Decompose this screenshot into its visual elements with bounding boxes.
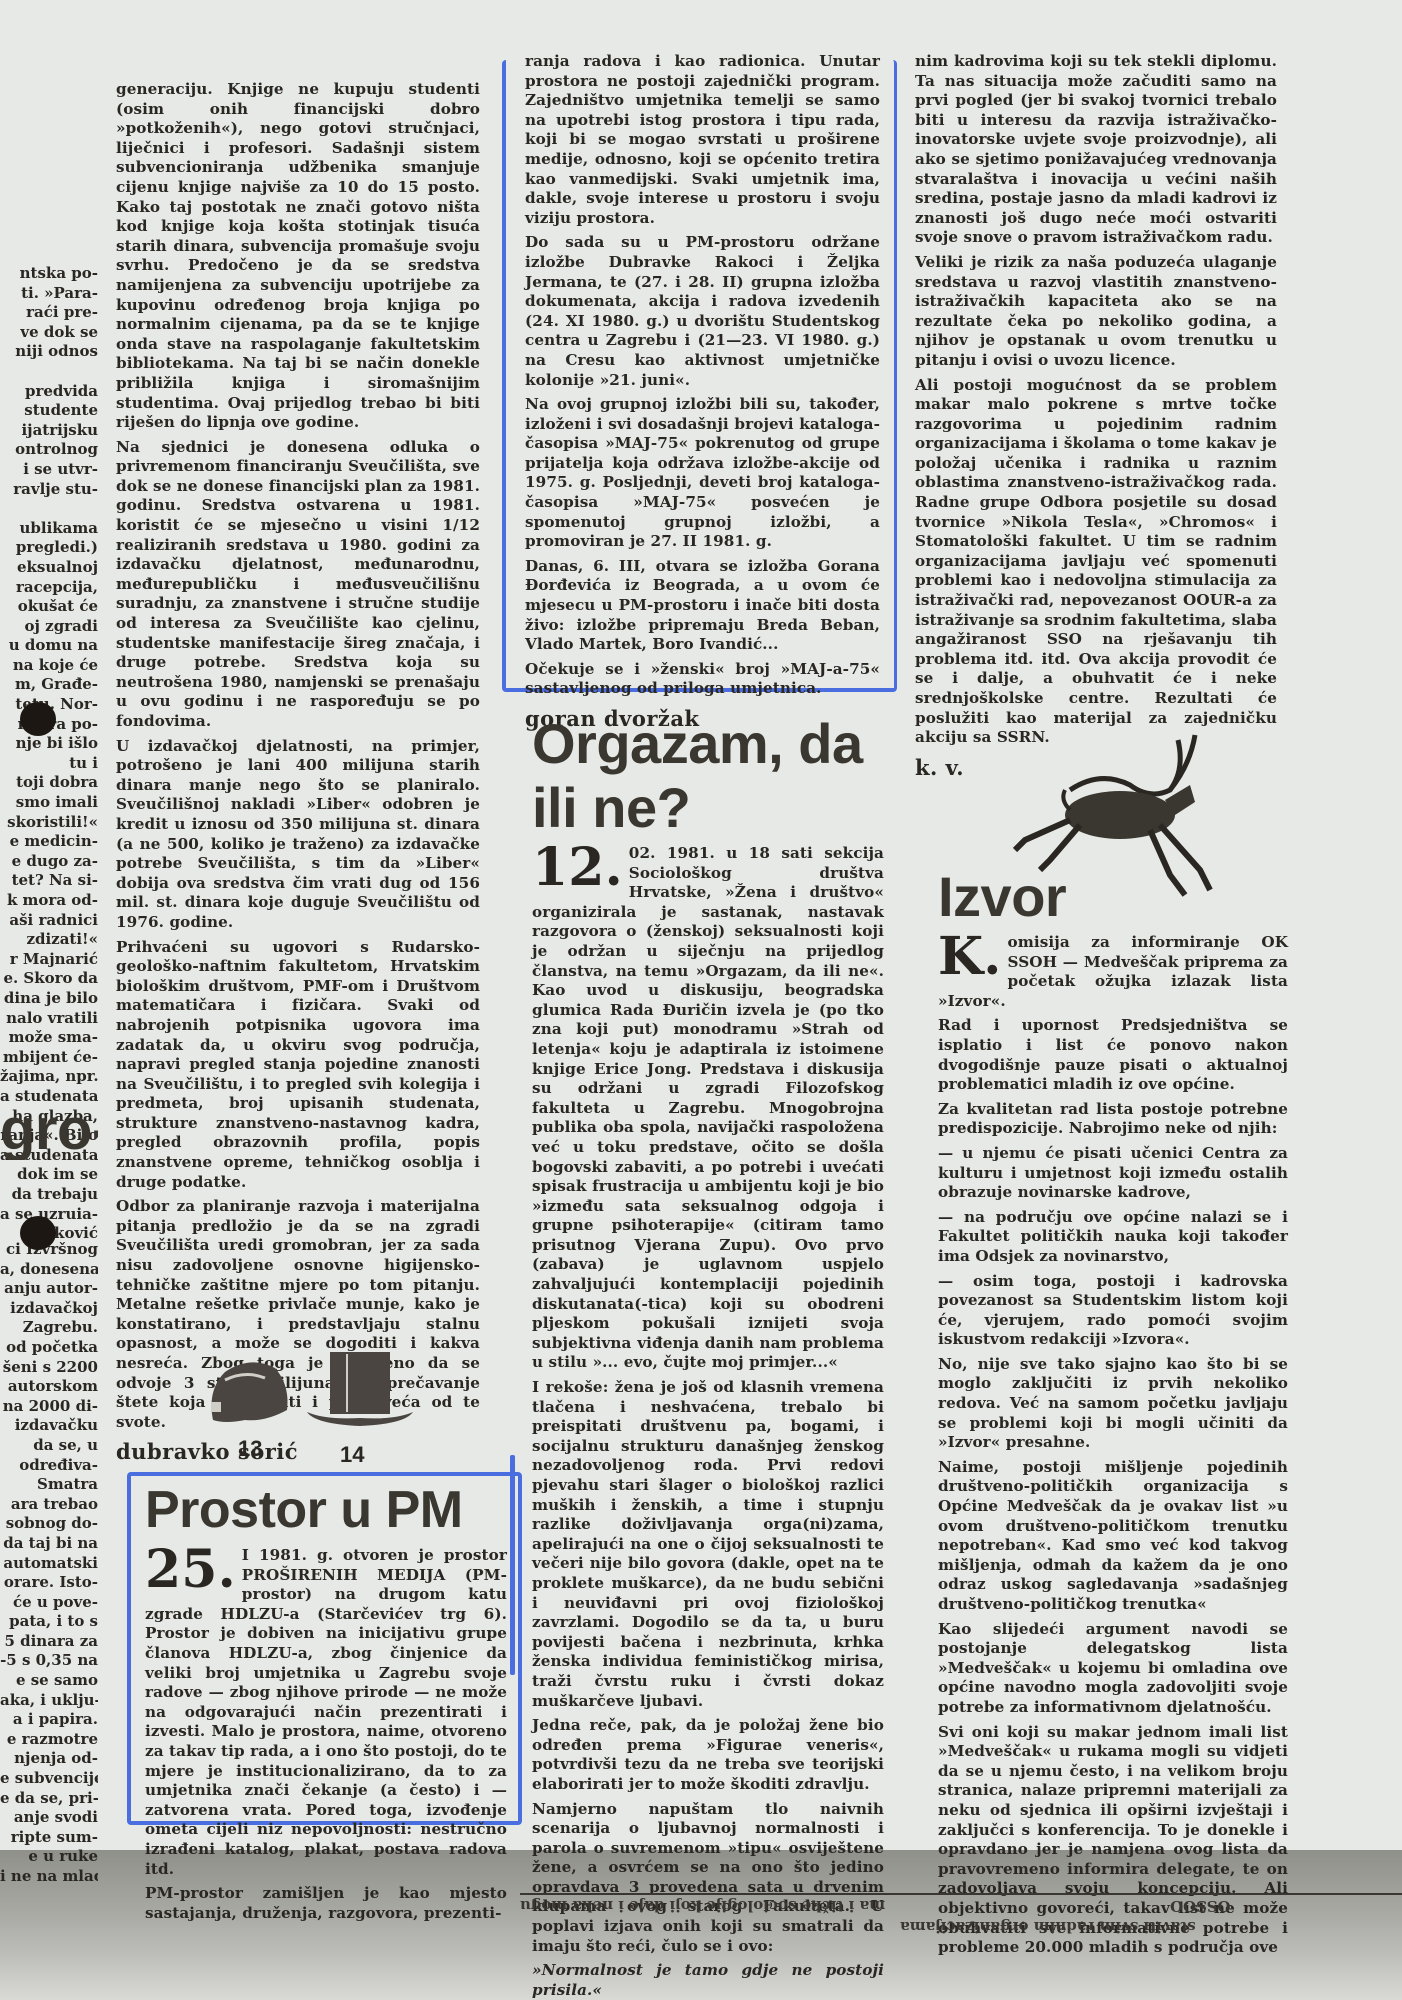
fragment-line: a, donesena bbox=[0, 1260, 98, 1280]
byline: dubravko sorić bbox=[116, 1442, 480, 1462]
fragment-line: ve dok se bbox=[0, 323, 98, 343]
fragment-line: autorskom bbox=[0, 1377, 98, 1397]
paragraph: Danas, 6. III, otvara se izložba Gorana … bbox=[525, 557, 880, 655]
paragraph: Na ovoj grupnoj izložbi bili su, također… bbox=[525, 395, 880, 552]
fragment-line: ravlje stu- bbox=[0, 480, 98, 500]
fragment-line: a i papira. bbox=[0, 1710, 98, 1730]
paragraph: Jedna reče, pak, da je položaj žene bio … bbox=[532, 1716, 884, 1794]
fragment-line: pregledi.) bbox=[0, 538, 98, 558]
fragment-line: ublikama bbox=[0, 519, 98, 539]
top-hat-illustration-icon bbox=[305, 1350, 415, 1430]
dropcap-date: 25. bbox=[145, 1548, 236, 1592]
cap-illustration-icon bbox=[205, 1350, 295, 1430]
paragraph: Do sada su u PM-prostoru održane izložbe… bbox=[525, 233, 880, 390]
fragment-line: izdavačkoj bbox=[0, 1299, 98, 1319]
paragraph: 02. 1981. u 18 sati sekcija Sociološkog … bbox=[532, 844, 884, 1371]
fragment-line: smo imali bbox=[0, 793, 98, 813]
upside-down-text: ma i tičke sociologije koji daje i neka … bbox=[520, 1897, 885, 1915]
paragraph: Ali postoji mogućnost da se problem maka… bbox=[915, 376, 1277, 748]
paragraph: Očekuje se i »ženski« broj »MAJ-a-75« sa… bbox=[525, 660, 880, 699]
paragraph: Kao slijedeći argument navodi se postoja… bbox=[938, 1620, 1288, 1718]
fragment-line: nje bi išlo bbox=[0, 734, 98, 754]
fragment-line: od početka bbox=[0, 1338, 98, 1358]
fragment-line: e subvencije bbox=[0, 1769, 98, 1789]
illustration-caption: 14 bbox=[340, 1442, 364, 1468]
fragment-line: raći pre- bbox=[0, 303, 98, 323]
fragment-line: nalo vratili bbox=[0, 1009, 98, 1029]
paragraph: I rekoše: žena je još od klasnih vremena… bbox=[532, 1378, 884, 1711]
left-fragment-column-bottom: ci Izvršnoga, donesenaanju autor-izdavač… bbox=[0, 1240, 98, 1887]
headline: Izvor bbox=[938, 865, 1288, 929]
list-item: — osim toga, postoji i kadrovska povezan… bbox=[938, 1272, 1288, 1350]
article-orgazam: Orgazam, da ili ne? 12.02. 1981. u 18 sa… bbox=[532, 712, 884, 2000]
fragment-line: određiva- bbox=[0, 1456, 98, 1476]
fragment-line: u domu na bbox=[0, 636, 98, 656]
fragment-line: -5 s 0,35 na bbox=[0, 1651, 98, 1671]
list-item: — na području ove općine nalazi se i Fak… bbox=[938, 1208, 1288, 1267]
fragment-line: niji odnos bbox=[0, 342, 98, 362]
punch-hole bbox=[20, 702, 56, 736]
fragment-line: r Majnarić bbox=[0, 950, 98, 970]
paragraph: U izdavačkoj djelatnosti, na primjer, po… bbox=[116, 737, 480, 933]
paragraph: generaciju. Knjige ne kupuju studenti (o… bbox=[116, 80, 480, 433]
fragment-line bbox=[0, 499, 98, 519]
fragment-line: da taj bi na bbox=[0, 1534, 98, 1554]
fragment-line: e u ruke bbox=[0, 1847, 98, 1867]
headline-line-2: ili ne? bbox=[532, 776, 884, 840]
fragment-line: i ne na mladu bbox=[0, 1867, 98, 1887]
fragment-line: anje svodi bbox=[0, 1808, 98, 1828]
left-fragment-headline: gro- bbox=[0, 1100, 98, 1160]
fragment-line: njenja od- bbox=[0, 1749, 98, 1769]
illustration-caption: 13 bbox=[238, 1436, 262, 1462]
article-izvor: Izvor K.omisija za informiranje OK SSOH … bbox=[938, 865, 1288, 1963]
fragment-line: skoristili!« bbox=[0, 813, 98, 833]
fragment-line: dina je bilo bbox=[0, 989, 98, 1009]
paragraph: Rad i upornost Predsjedništva se isplati… bbox=[938, 1016, 1288, 1094]
fragment-line: 5 dinara za bbox=[0, 1632, 98, 1652]
paragraph: No, nije sve tako sjajno kao što bi se m… bbox=[938, 1355, 1288, 1453]
fragment-line: zdizati!« bbox=[0, 930, 98, 950]
fragment-line: tet? Na si- bbox=[0, 871, 98, 891]
dropcap-letter: K. bbox=[938, 935, 1002, 979]
paragraph: Na sjednici je donesena odluka o privrem… bbox=[116, 438, 480, 732]
fragment-line: e da se, pri- bbox=[0, 1789, 98, 1809]
list-item: — u njemu će pisati učenici Centra za ku… bbox=[938, 1144, 1288, 1203]
article-prostor-u-pm: Prostor u PM 25.I 1981. g. otvoren je pr… bbox=[145, 1480, 507, 1928]
fragment-line: aši radnici bbox=[0, 911, 98, 931]
page-bottom-rule bbox=[520, 1893, 1402, 1895]
fragment-line: anju autor- bbox=[0, 1279, 98, 1299]
fragment-line: eksualnoj bbox=[0, 558, 98, 578]
fragment-line: ntska po- bbox=[0, 264, 98, 284]
fragment-line: šeni s 2200 bbox=[0, 1358, 98, 1378]
fragment-line: pata, i to s bbox=[0, 1612, 98, 1632]
fragment-line: racepcija, bbox=[0, 578, 98, 598]
fragment-line: k mora od- bbox=[0, 891, 98, 911]
fragment-line: ara trebao bbox=[0, 1495, 98, 1515]
paragraph: Odbor za planiranje razvoja i materijaln… bbox=[116, 1197, 480, 1432]
fragment-line: dok im se bbox=[0, 1165, 98, 1185]
quote: »Normalnost je tamo gdje ne postoji pris… bbox=[532, 1961, 884, 2000]
column-1-article: generaciju. Knjige ne kupuju studenti (o… bbox=[116, 80, 480, 1462]
dropcap-date: 12. bbox=[532, 846, 623, 890]
fragment-line: ti. »Para- bbox=[0, 284, 98, 304]
paragraph: Prihvaćeni su ugovori s Rudarsko-geološk… bbox=[116, 938, 480, 1193]
punch-hole bbox=[20, 1216, 56, 1250]
paragraph: Veliki je rizik za naša poduzeća ulaganj… bbox=[915, 253, 1277, 371]
column-3-article-continuation: nim kadrovima koji su tek stekli diplomu… bbox=[915, 52, 1277, 777]
fragment-line: na 2000 di- bbox=[0, 1397, 98, 1417]
fragment-line: mbijent će- bbox=[0, 1048, 98, 1068]
fragment-line bbox=[0, 362, 98, 382]
paragraph: Namjerno napuštam tlo naivnih scenarija … bbox=[532, 1800, 884, 1957]
fragment-line: oj zgradi bbox=[0, 617, 98, 637]
fragment-line: e medicin- bbox=[0, 832, 98, 852]
fragment-line: tu i bbox=[0, 754, 98, 774]
fragment-line: e se samo bbox=[0, 1671, 98, 1691]
headline: Prostor u PM bbox=[145, 1480, 507, 1540]
fragment-line: da se, u bbox=[0, 1436, 98, 1456]
fragment-line: da trebaju bbox=[0, 1185, 98, 1205]
left-fragment-column: ntska po-ti. »Para-raći pre-ve dok senij… bbox=[0, 264, 98, 1244]
fragment-line: m, Građe- bbox=[0, 675, 98, 695]
fragment-line: ijatrijsku bbox=[0, 421, 98, 441]
fragment-line: ripte sum- bbox=[0, 1828, 98, 1848]
fragment-line: može sma- bbox=[0, 1028, 98, 1048]
paragraph: ranja radova i kao radionica. Unutar pro… bbox=[525, 52, 880, 228]
fragment-line: orare. Isto- bbox=[0, 1573, 98, 1593]
fragment-line: okušat će bbox=[0, 597, 98, 617]
upside-down-text: OSSOO bbox=[1170, 1897, 1231, 1915]
column-2-article-continuation: ranja radova i kao radionica. Unutar pro… bbox=[525, 52, 880, 729]
fragment-line: predvida bbox=[0, 382, 98, 402]
paragraph: Za kvalitetan rad lista postoje potrebne… bbox=[938, 1100, 1288, 1139]
fragment-line: aka, i uklju- bbox=[0, 1691, 98, 1711]
headline-line-1: Orgazam, da bbox=[532, 712, 884, 776]
fragment-line: ontrolnog bbox=[0, 440, 98, 460]
fragment-line: studente bbox=[0, 401, 98, 421]
fragment-line: sobnog do- bbox=[0, 1514, 98, 1534]
upside-down-text: staviti svim radnim organizacijama bbox=[900, 1918, 1196, 1936]
paragraph: Naime, postoji mišljenje pojedinih društ… bbox=[938, 1458, 1288, 1615]
fragment-line: automatski bbox=[0, 1554, 98, 1574]
fragment-line: e razmotre bbox=[0, 1730, 98, 1750]
fragment-line: Smatra bbox=[0, 1475, 98, 1495]
fragment-line: će u pove- bbox=[0, 1593, 98, 1613]
marker-line bbox=[510, 1455, 515, 1675]
fragment-line: e dugo za- bbox=[0, 852, 98, 872]
fragment-line: toji dobra bbox=[0, 773, 98, 793]
fragment-line: izdavačku bbox=[0, 1416, 98, 1436]
fragment-line: Zagrebu. bbox=[0, 1318, 98, 1338]
fragment-line: na koje će bbox=[0, 656, 98, 676]
fragment-line: i se utvr- bbox=[0, 460, 98, 480]
fragment-line: žajima, npr. bbox=[0, 1067, 98, 1087]
fragment-line: e. Skoro da bbox=[0, 969, 98, 989]
paragraph: nim kadrovima koji su tek stekli diplomu… bbox=[915, 52, 1277, 248]
paragraph: PM-prostor zamišljen je kao mjesto sasta… bbox=[145, 1884, 507, 1923]
